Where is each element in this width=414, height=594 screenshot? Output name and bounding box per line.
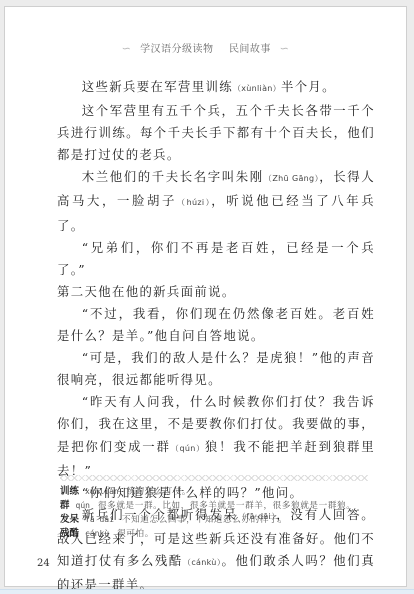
story-paragraph: “兄弟们，你们不再是老百姓，已经是一个兵了。” [57, 237, 375, 281]
glossary-definition: 不知道怎么回事，不知道怎么办的样子。 [122, 515, 288, 525]
paragraph-text: 半个月。 [281, 79, 336, 94]
paragraph-text: 木兰他们的千夫长名字叫朱刚 [82, 169, 264, 184]
story-paragraph: “昨天有人问我，什么时候教你们打仗？我告诉你们，我在这里，不是要教你们打仗。我要… [57, 391, 375, 481]
story-paragraph: 第二天他在他的新兵面前说。 [57, 281, 375, 303]
story-paragraph: 木兰他们的千夫长名字叫朱刚（Zhū Gāng），长得人高马大，一脸胡子（húzi… [57, 166, 375, 236]
paragraph-text: 这个军营里有五千个兵，五个千夫长各带一千个兵进行训练。每个千夫长手下都有十个百夫… [57, 103, 375, 162]
glossary-definition: 练习怎么打仗。 [127, 487, 191, 497]
glossary-term: 训练 [60, 486, 79, 497]
glossary-term: 发呆 [60, 514, 79, 525]
glossary-term: 群 [60, 500, 70, 511]
glossary-entry: 残酷cánkù很可怕。 [60, 527, 380, 541]
glossary-pinyin: xùnliàn [85, 487, 119, 496]
glossary-definition: 很多就是一群。比如，很多羊就是一群羊，很多狼就是一群狼。 [98, 501, 355, 511]
left-ornament-icon: ∽ [122, 42, 132, 55]
vocabulary-glossary: 训练xùnliàn练习怎么打仗。群qún很多就是一群。比如，很多羊就是一群羊，很… [60, 485, 380, 541]
wavy-divider [60, 475, 368, 481]
running-header: ∽ 学汉语分级读物 民间故事 ∽ [5, 40, 406, 55]
pinyin-annotation: （cánkù） [183, 558, 222, 567]
paragraph-text: “可是，我们的敌人是什么？是虎狼！”他的声音很响亮，很远都能听得见。 [57, 350, 375, 387]
paragraph-text: “兄弟们，你们不再是老百姓，已经是一个兵了。” [57, 240, 375, 277]
story-paragraph: “不过，我看，你们现在仍然像老百姓。老百姓是什么？是羊。”他自问自答地说。 [57, 303, 375, 347]
page-number: 24 [37, 558, 50, 569]
story-paragraph: 这个军营里有五千个兵，五个千夫长各带一千个兵进行训练。每个千夫长手下都有十个百夫… [57, 100, 375, 166]
paragraph-text: 这些新兵要在军营里训练 [82, 79, 233, 94]
book-page: ∽ 学汉语分级读物 民间故事 ∽ 这些新兵要在军营里训练（xùnliàn）半个月… [4, 6, 407, 587]
pinyin-annotation: （húzi） [177, 198, 211, 207]
glossary-pinyin: qún [76, 501, 90, 510]
story-paragraph: “可是，我们的敌人是什么？是虎狼！”他的声音很响亮，很远都能听得见。 [57, 347, 375, 391]
glossary-pinyin: fā dāi [85, 515, 114, 524]
series-title: 学汉语分级读物 [140, 44, 214, 55]
pinyin-annotation: （qún） [171, 444, 205, 453]
story-paragraph: 这些新兵要在军营里训练（xùnliàn）半个月。 [57, 76, 375, 100]
pinyin-annotation: （Zhū Gāng） [264, 174, 319, 183]
right-ornament-icon: ∽ [280, 42, 290, 55]
glossary-entry: 训练xùnliàn练习怎么打仗。 [60, 485, 380, 499]
glossary-entry: 发呆fā dāi不知道怎么回事，不知道怎么办的样子。 [60, 513, 380, 527]
glossary-pinyin: cánkù [85, 529, 109, 538]
glossary-definition: 很可怕。 [117, 529, 154, 539]
paragraph-text: “不过，我看，你们现在仍然像老百姓。老百姓是什么？是羊。”他自问自答地说。 [57, 306, 375, 343]
viewer-bottom-edge [0, 589, 414, 594]
pinyin-annotation: （xùnliàn） [233, 84, 281, 93]
book-title: 民间故事 [229, 44, 271, 55]
glossary-entry: 群qún很多就是一群。比如，很多羊就是一群羊，很多狼就是一群狼。 [60, 499, 380, 513]
paragraph-text: 第二天他在他的新兵面前说。 [57, 284, 236, 299]
glossary-term: 残酷 [60, 528, 79, 539]
